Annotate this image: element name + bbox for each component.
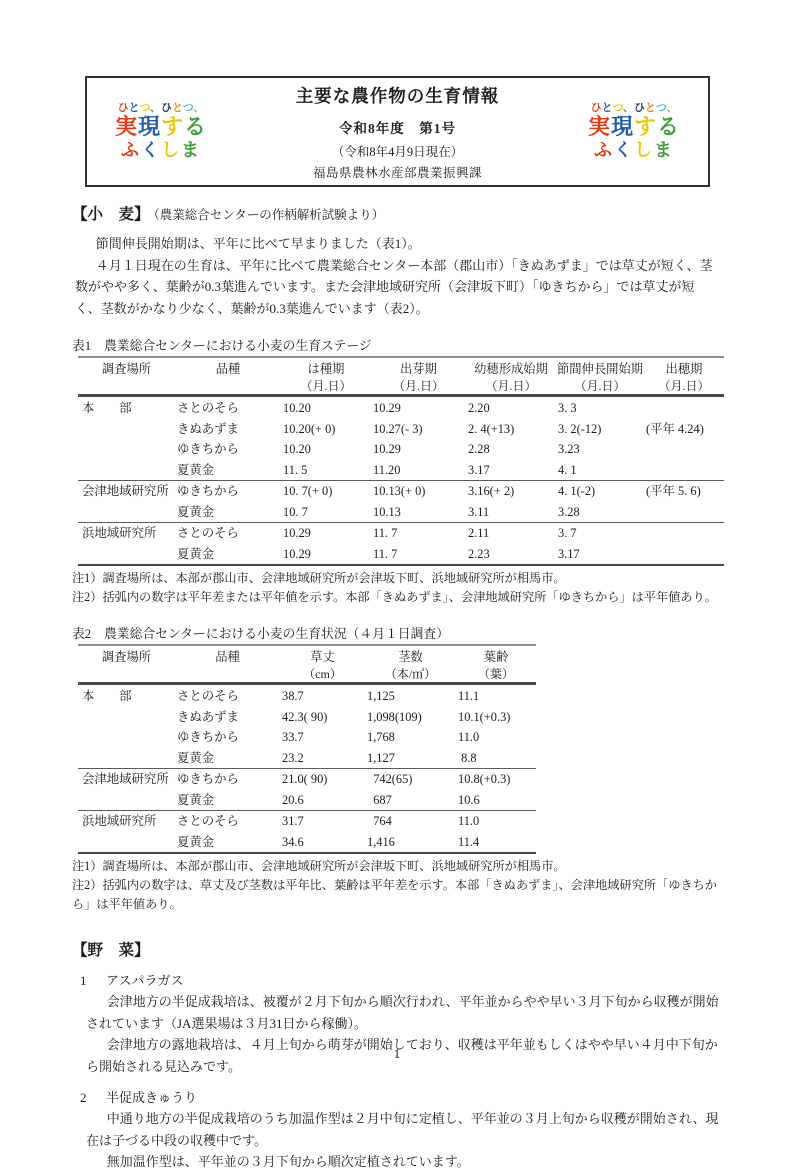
- cell: 2. 4(+13): [466, 419, 556, 440]
- cell: さとのそら: [175, 684, 280, 707]
- cell: 10.13: [371, 502, 466, 523]
- cell: 764: [365, 811, 456, 832]
- cell: 2.11: [466, 523, 556, 544]
- cell: 742(65): [365, 769, 456, 790]
- table-row: 夏黄金34.61,41611.4: [78, 832, 536, 854]
- column-header: 葉齢（葉）: [456, 645, 536, 684]
- logo-text-line1: ひとつ、ひとつ、: [574, 102, 694, 114]
- table-row: きぬあずま42.3( 90)1,098(109)10.1(+0.3): [78, 707, 536, 728]
- cell: 10. 7: [281, 502, 371, 523]
- cell: 687: [365, 790, 456, 811]
- cell: 3. 3: [556, 396, 644, 419]
- cell: 2.28: [466, 439, 556, 460]
- vegetables-section-title: 【野 菜】: [72, 942, 150, 959]
- cell: さとのそら: [175, 811, 280, 832]
- table-row: 会津地域研究所ゆきちから21.0( 90) 742(65)10.8(+0.3): [78, 769, 536, 790]
- cell: [78, 419, 175, 440]
- cell: 3.23: [556, 439, 644, 460]
- column-header: 幼穂形成始期（月.日）: [466, 357, 556, 396]
- cell: 10.27(- 3): [371, 419, 466, 440]
- vegetable-item-cucumber: 2半促成きゅうり 中通り地方の半促成栽培のうち加温作型は２月中旬に定植し、平年並…: [72, 1087, 722, 1173]
- cell: 10.29: [371, 439, 466, 460]
- cell: 会津地域研究所: [78, 769, 175, 790]
- cell: 本 部: [78, 684, 175, 707]
- wheat-section-heading: 【小 麦】（農業総合センターの作柄解析試験より）: [72, 202, 722, 224]
- wheat-growth-table: 調査場所 品種 草丈（cm） 茎数（本/㎡） 葉齢（葉） 本 部さとのそら38.…: [78, 644, 536, 854]
- cell: 3.28: [556, 502, 644, 523]
- cell: 10.29: [371, 396, 466, 419]
- cell: 31.7: [280, 811, 365, 832]
- cell: きぬあずま: [175, 419, 281, 440]
- cell: 23.2: [280, 748, 365, 769]
- table-row: 本 部さとのそら38.71,12511.1: [78, 684, 536, 707]
- table-header-row: 調査場所 品種 は種期（月.日） 出芽期（月.日） 幼穂形成始期（月.日） 節間…: [78, 357, 724, 396]
- item-title: 半促成きゅうり: [106, 1090, 197, 1105]
- cell: 夏黄金: [175, 502, 281, 523]
- cell: ゆきちから: [175, 481, 281, 502]
- cell: [644, 544, 724, 566]
- cell: 夏黄金: [175, 748, 280, 769]
- cell: さとのそら: [175, 396, 281, 419]
- cell: [78, 832, 175, 854]
- table-row: 夏黄金10. 710.133.113.28: [78, 502, 724, 523]
- table1-title: 表1 農業総合センターにおける小麦の生育ステージ: [72, 335, 722, 354]
- column-header: 調査場所: [78, 357, 175, 396]
- cell: 1,768: [365, 727, 456, 748]
- cell: 10.13(+ 0): [371, 481, 466, 502]
- item-paragraph: 無加温作型は、平年並の３月下旬から順次定植されています。: [86, 1151, 720, 1173]
- table2-title: 表2 農業総合センターにおける小麦の生育状況（４月１日調査）: [72, 623, 722, 642]
- organization-name: 福島県農林水産部農業振興課: [221, 163, 574, 181]
- column-header: 調査場所: [78, 645, 175, 684]
- cell: [644, 523, 724, 544]
- note: 注2）括弧内の数字は、草丈及び茎数は平年比、葉齢は平年差を示す。本部「きぬあずま…: [72, 876, 720, 914]
- cell: 1,127: [365, 748, 456, 769]
- table-row: ゆきちから10.2010.292.283.23: [78, 439, 724, 460]
- cell: 21.0( 90): [280, 769, 365, 790]
- table-row: 夏黄金10.2911. 72.233.17: [78, 544, 724, 566]
- cell: 20.6: [280, 790, 365, 811]
- issue-date: （令和8年4月9日現在）: [221, 142, 574, 160]
- logo-text-line1: ひとつ、ひとつ、: [101, 102, 221, 114]
- column-header: 品種: [175, 357, 281, 396]
- cell: 10.8(+0.3): [456, 769, 536, 790]
- cell: [644, 396, 724, 419]
- table1-notes: 注1）調査場所は、本部が郡山市、会津地域研究所が会津坂下町、浜地域研究所が相馬市…: [72, 569, 720, 607]
- cell: 1,125: [365, 684, 456, 707]
- table-row: 浜地域研究所さとのそら31.7 76411.0: [78, 811, 536, 832]
- cell: 1,098(109): [365, 707, 456, 728]
- cell: 3. 7: [556, 523, 644, 544]
- cell: 10.20: [281, 396, 371, 419]
- item-title: アスパラガス: [106, 973, 183, 988]
- cell: 夏黄金: [175, 460, 281, 481]
- table-row: 夏黄金20.6 68710.6: [78, 790, 536, 811]
- column-header: 節間伸長開始期（月.日）: [556, 357, 644, 396]
- cell: 10.6: [456, 790, 536, 811]
- wheat-paragraph: 節間伸長開始期は、平年に比べて早まりました（表1）。: [75, 233, 720, 255]
- cell: 33.7: [280, 727, 365, 748]
- note: 注1）調査場所は、本部が郡山市、会津地域研究所が会津坂下町、浜地域研究所が相馬市…: [72, 857, 720, 876]
- cell: ゆきちから: [175, 439, 281, 460]
- item-number: 2: [80, 1087, 106, 1108]
- cell: 11. 7: [371, 544, 466, 566]
- table-row: 浜地域研究所さとのそら10.2911. 72.113. 7: [78, 523, 724, 544]
- cell: 34.6: [280, 832, 365, 854]
- wheat-stage-table: 調査場所 品種 は種期（月.日） 出芽期（月.日） 幼穂形成始期（月.日） 節間…: [78, 356, 724, 566]
- cell: 本 部: [78, 396, 175, 419]
- cell: [78, 790, 175, 811]
- issue-number: 令和8年度 第1号: [221, 117, 574, 137]
- cell: さとのそら: [175, 523, 281, 544]
- cell: [78, 707, 175, 728]
- cell: 11.4: [456, 832, 536, 854]
- item-number: 1: [80, 970, 106, 991]
- cell: 1,416: [365, 832, 456, 854]
- column-header: 草丈（cm）: [280, 645, 365, 684]
- cell: ゆきちから: [175, 727, 280, 748]
- cell: 4. 1: [556, 460, 644, 481]
- wheat-paragraph: ４月１日現在の生育は、平年に比べて農業総合センター本部（郡山市）「きぬあずま」で…: [75, 255, 720, 320]
- header-box: ひとつ、ひとつ、 実現する ふくしま 主要な農作物の生育情報 令和8年度 第1号…: [85, 76, 710, 187]
- cell: [78, 502, 175, 523]
- cell: 10. 7(+ 0): [281, 481, 371, 502]
- document-page: ひとつ、ひとつ、 実現する ふくしま 主要な農作物の生育情報 令和8年度 第1号…: [0, 0, 794, 1123]
- cell: 11. 5: [281, 460, 371, 481]
- note: 注1）調査場所は、本部が郡山市、会津地域研究所が会津坂下町、浜地域研究所が相馬市…: [72, 569, 720, 588]
- fukushima-logo-left: ひとつ、ひとつ、 実現する ふくしま: [101, 102, 221, 161]
- cell: 夏黄金: [175, 832, 280, 854]
- wheat-paragraphs: 節間伸長開始期は、平年に比べて早まりました（表1）。 ４月１日現在の生育は、平年…: [75, 233, 720, 319]
- cell: 4. 1(-2): [556, 481, 644, 502]
- cell: (平年 5. 6): [644, 481, 724, 502]
- document-title: 主要な農作物の生育情報: [221, 83, 574, 108]
- cell: 10.1(+0.3): [456, 707, 536, 728]
- column-header: は種期（月.日）: [281, 357, 371, 396]
- cell: [644, 439, 724, 460]
- table-row: 会津地域研究所ゆきちから10. 7(+ 0)10.13(+ 0)3.16(+ 2…: [78, 481, 724, 502]
- cell: 11.0: [456, 727, 536, 748]
- table-row: 本 部さとのそら10.2010.292.203. 3: [78, 396, 724, 419]
- cell: 2.23: [466, 544, 556, 566]
- cell: 11.0: [456, 811, 536, 832]
- cell: 3.17: [466, 460, 556, 481]
- cell: 3.11: [466, 502, 556, 523]
- cell: 3. 2(-12): [556, 419, 644, 440]
- logo-text-line2: 実現する: [101, 116, 221, 139]
- page-number: 1: [0, 1046, 794, 1062]
- column-header: 出芽期（月.日）: [371, 357, 466, 396]
- cell: 浜地域研究所: [78, 811, 175, 832]
- cell: [644, 502, 724, 523]
- logo-text-line3: ふくしま: [101, 142, 221, 161]
- cell: 夏黄金: [175, 544, 281, 566]
- table2-notes: 注1）調査場所は、本部が郡山市、会津地域研究所が会津坂下町、浜地域研究所が相馬市…: [72, 857, 720, 914]
- cell: 10.29: [281, 523, 371, 544]
- cell: 42.3( 90): [280, 707, 365, 728]
- cell: [78, 460, 175, 481]
- cell: 11. 7: [371, 523, 466, 544]
- cell: 8.8: [456, 748, 536, 769]
- cell: 夏黄金: [175, 790, 280, 811]
- cell: 浜地域研究所: [78, 523, 175, 544]
- cell: きぬあずま: [175, 707, 280, 728]
- cell: 10.20(+ 0): [281, 419, 371, 440]
- wheat-section-subtitle: （農業総合センターの作柄解析試験より）: [154, 208, 385, 222]
- table-header-row: 調査場所 品種 草丈（cm） 茎数（本/㎡） 葉齢（葉）: [78, 645, 536, 684]
- cell: 会津地域研究所: [78, 481, 175, 502]
- cell: 10.20: [281, 439, 371, 460]
- cell: 2.20: [466, 396, 556, 419]
- logo-text-line3: ふくしま: [574, 142, 694, 161]
- cell: 38.7: [280, 684, 365, 707]
- cell: ゆきちから: [175, 769, 280, 790]
- table-row: 夏黄金23.21,127 8.8: [78, 748, 536, 769]
- fukushima-logo-right: ひとつ、ひとつ、 実現する ふくしま: [574, 102, 694, 161]
- note: 注2）括弧内の数字は平年差または平年値を示す。本部「きぬあずま」、会津地域研究所…: [72, 588, 720, 607]
- cell: [78, 439, 175, 460]
- cell: 10.29: [281, 544, 371, 566]
- cell: [78, 544, 175, 566]
- table-row: きぬあずま10.20(+ 0)10.27(- 3)2. 4(+13)3. 2(-…: [78, 419, 724, 440]
- column-header: 品種: [175, 645, 280, 684]
- column-header: 茎数（本/㎡）: [365, 645, 456, 684]
- column-header: 出穂期（月.日）: [644, 357, 724, 396]
- cell: [78, 727, 175, 748]
- cell: 11.20: [371, 460, 466, 481]
- table-row: ゆきちから33.71,76811.0: [78, 727, 536, 748]
- header-center: 主要な農作物の生育情報 令和8年度 第1号 （令和8年4月9日現在） 福島県農林…: [221, 83, 574, 181]
- cell: 11.1: [456, 684, 536, 707]
- item-paragraph: 中通り地方の半促成栽培のうち加温作型は２月中旬に定植し、平年並の３月上旬から収穫…: [86, 1108, 720, 1151]
- cell: 3.17: [556, 544, 644, 566]
- logo-text-line2: 実現する: [574, 116, 694, 139]
- cell: 3.16(+ 2): [466, 481, 556, 502]
- wheat-section-title: 【小 麦】: [72, 206, 150, 223]
- cell: [78, 748, 175, 769]
- cell: (平年 4.24): [644, 419, 724, 440]
- table-row: 夏黄金11. 511.203.174. 1: [78, 460, 724, 481]
- cell: [644, 460, 724, 481]
- item-paragraph: 会津地方の半促成栽培は、被覆が２月下旬から順次行われ、平年並からやや早い３月下旬…: [86, 991, 720, 1034]
